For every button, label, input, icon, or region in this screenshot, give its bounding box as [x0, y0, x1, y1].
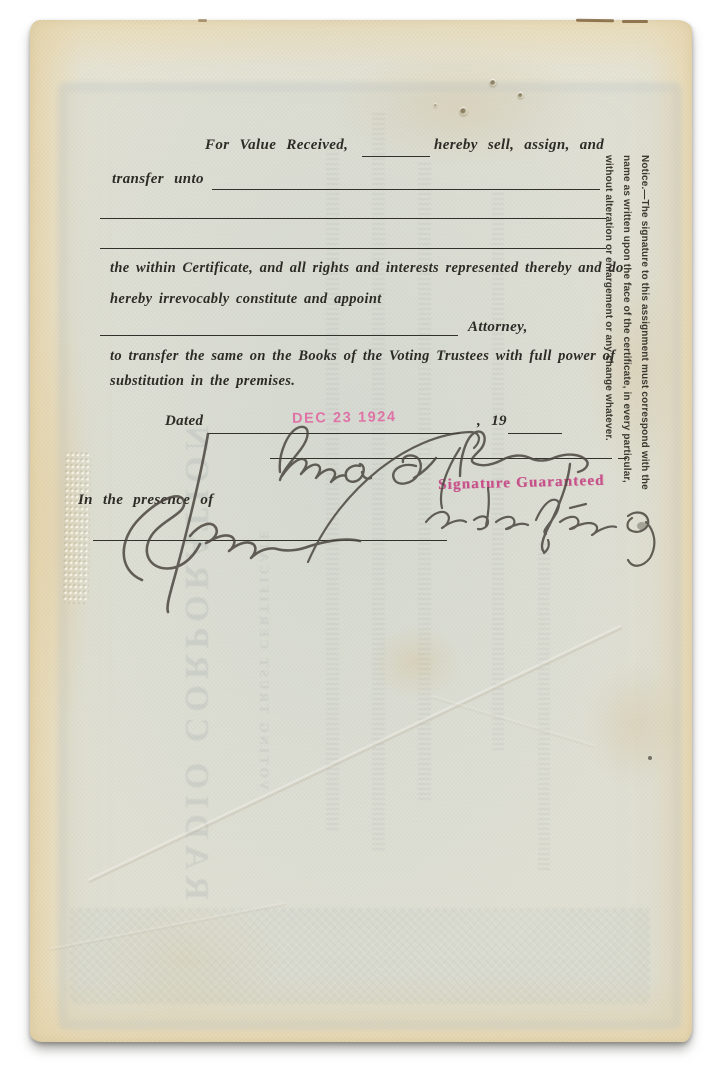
notice-vertical-text: Notice.—The signature to this assignment… — [597, 155, 653, 535]
pinhole — [434, 104, 437, 107]
attorney-line — [100, 335, 458, 336]
ghost-ornate-border — [70, 908, 650, 1004]
perforated-stamp — [63, 452, 92, 604]
blank-line — [100, 218, 606, 219]
ink-fleck — [648, 756, 652, 760]
pinhole — [490, 80, 496, 86]
ghost-front-subtitle: VOTING TRUST CERTIFICATE — [252, 530, 272, 790]
attorney-label: Attorney, — [468, 319, 528, 336]
presence-label: In the presence of — [78, 492, 214, 509]
blank-line — [100, 248, 606, 249]
ghost-front-title: RADIO CORPORATION — [169, 540, 215, 900]
torn-edge-mark — [576, 19, 614, 23]
pinhole — [460, 108, 467, 115]
notice-line: without alteration or enlargement or any… — [599, 155, 617, 535]
transferee-line — [212, 189, 600, 190]
year-line — [508, 433, 562, 434]
transfer-unto-label: transfer unto — [112, 171, 204, 188]
value-received-label: For Value Received, — [205, 137, 348, 154]
substitution-clause: substitution in the premises. — [110, 373, 295, 390]
transfer-clause: to transfer the same on the Books of the… — [110, 348, 615, 365]
certificate-back-paper: RADIO CORPORATION VOTING TRUST CERTIFICA… — [30, 20, 692, 1042]
dated-label: Dated — [165, 413, 203, 430]
notice-line: name as written upon the face of the cer… — [617, 155, 635, 535]
certificate-clause: the within Certificate, and all rights a… — [110, 260, 624, 277]
date-stamp: DEC 23 1924 — [292, 409, 397, 427]
witness-signature-line — [93, 540, 447, 541]
pinhole — [518, 93, 523, 98]
blank-fill-line — [362, 156, 430, 157]
principal-signature-line — [270, 458, 612, 459]
torn-edge-mark — [198, 19, 207, 22]
notice-line: Notice.—The signature to this assignment… — [635, 155, 653, 535]
date-line — [208, 433, 460, 434]
sell-assign-text: hereby sell, assign, and — [434, 137, 604, 154]
front-showthrough-panel — [58, 82, 682, 1030]
appoint-clause: hereby irrevocably constitute and appoin… — [110, 291, 382, 308]
year-prefix: , 19 — [477, 413, 507, 430]
torn-edge-mark — [622, 20, 648, 23]
